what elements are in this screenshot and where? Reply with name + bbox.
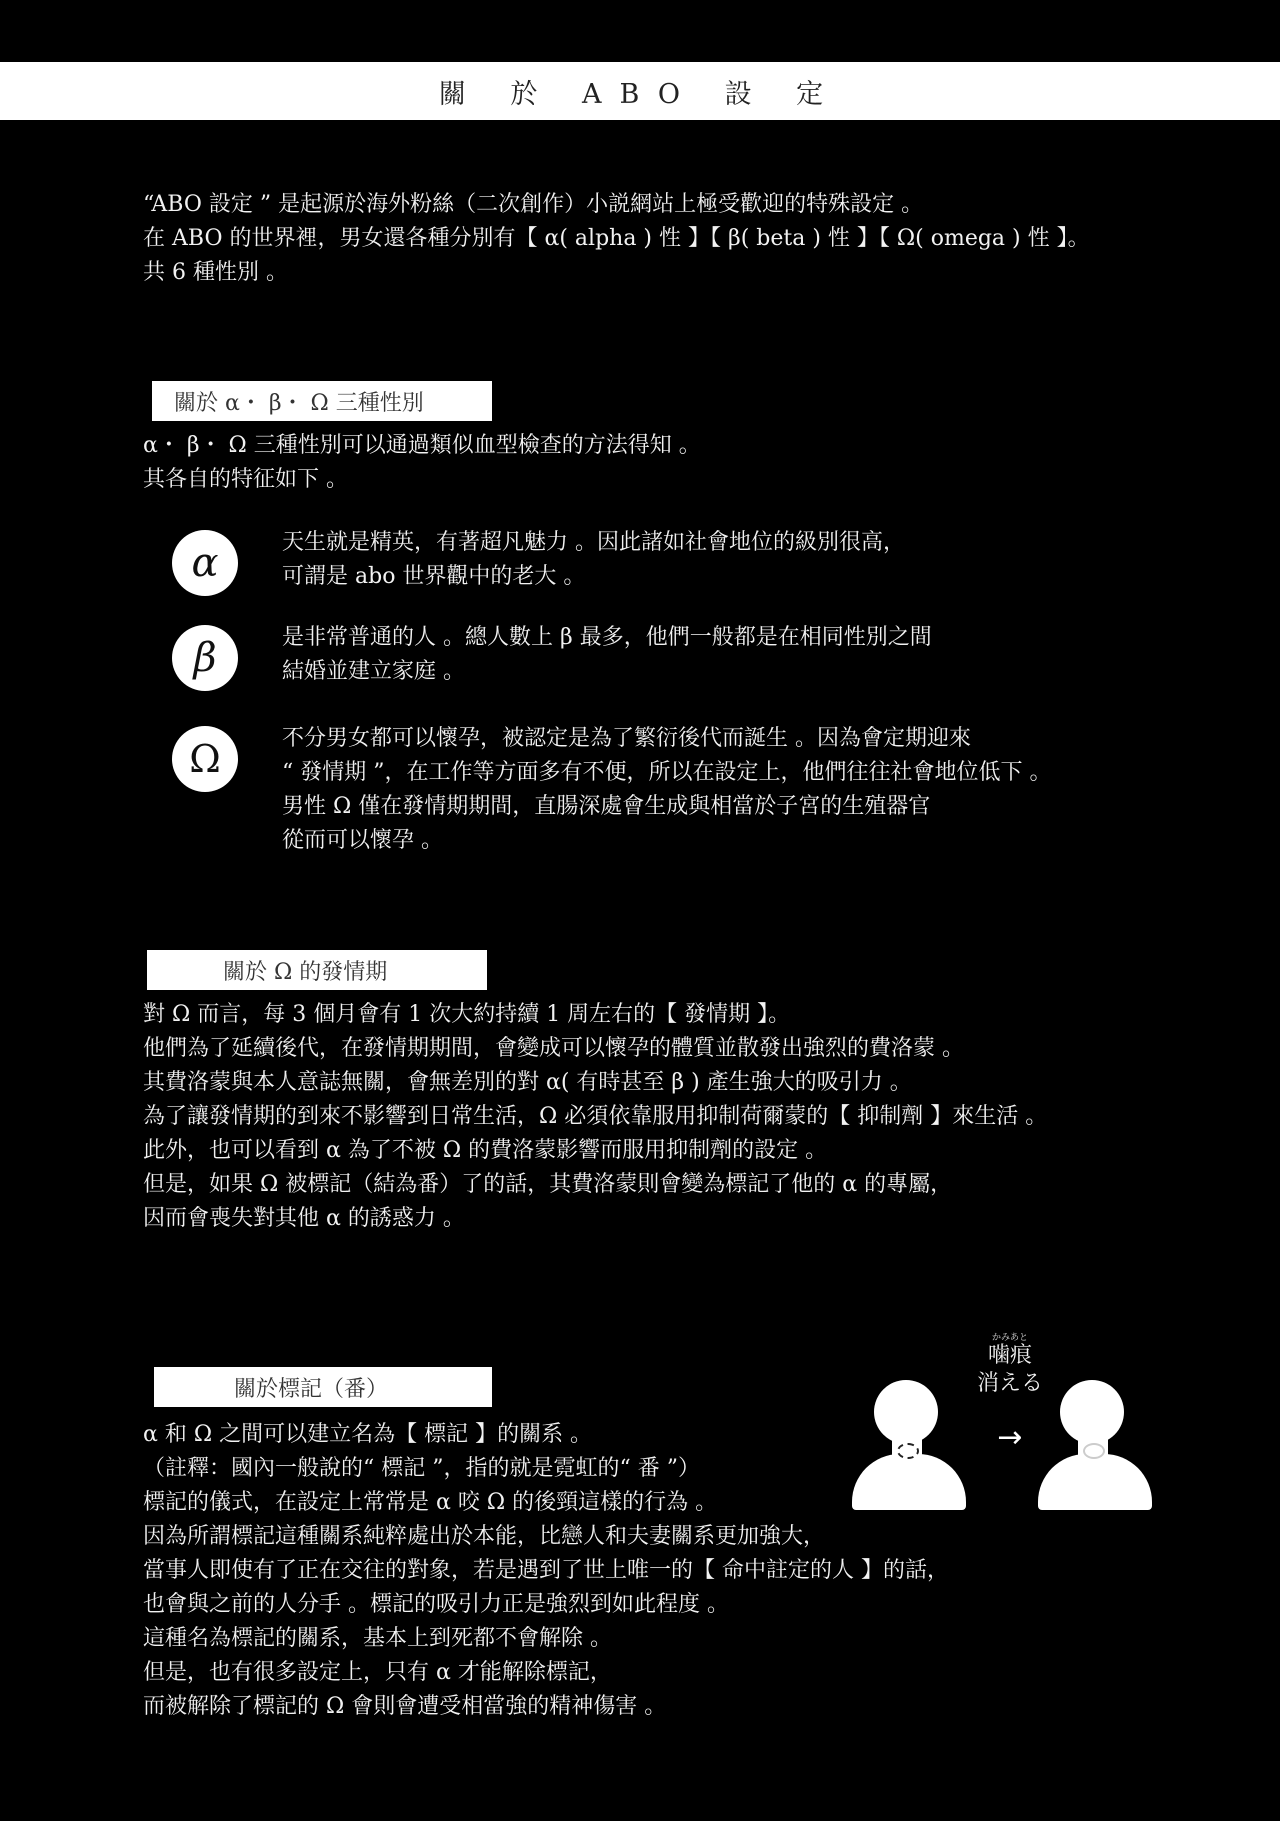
- paragraph-line: 因為所謂標記這種關系純粹處出於本能，比戀人和夫妻關系更加強大，: [143, 1520, 949, 1554]
- trait-description: 天生就是精英，有著超凡魅力 。因此諸如社會地位的級別很高， 可謂是 abo 世界…: [282, 526, 905, 594]
- trait-line: 天生就是精英，有著超凡魅力 。因此諸如社會地位的級別很高，: [282, 526, 905, 560]
- paragraph-line: 而被解除了標記的 Ω 會則會遭受相當強的精神傷害 。: [143, 1690, 949, 1724]
- trait-line: “ 發情期 ”，在工作等方面多有不便，所以在設定上，他們往往社會地位低下 。: [282, 756, 1051, 790]
- beta-icon: β: [172, 625, 238, 691]
- section-label-heat-period: 關於 Ω 的發情期: [147, 950, 487, 990]
- paragraph-line: 他們為了延續後代，在發情期期間，會變成可以懷孕的體質並散發出強烈的費洛蒙 。: [143, 1032, 1047, 1066]
- title-banner: 關 於 ABO 設 定: [0, 62, 1280, 120]
- page-title: 關 於 ABO 設 定: [439, 72, 841, 111]
- heat-period-paragraph: 對 Ω 而言，每 3 個月會有 1 次大約持續 1 周左右的【 發情期 】。 他…: [143, 998, 1047, 1236]
- paragraph-line: 其各自的特征如下 。: [143, 463, 701, 497]
- bite-mark-illustration: かみあと 噛痕 消える →: [850, 1330, 1170, 1500]
- paragraph-line: 對 Ω 而言，每 3 個月會有 1 次大約持續 1 周左右的【 發情期 】。: [143, 998, 1047, 1032]
- paragraph-line: 但是，也有很多設定上，只有 α 才能解除標記，: [143, 1656, 949, 1690]
- person-mark-faded-icon: [1036, 1350, 1154, 1500]
- trait-description: 不分男女都可以懷孕，被認定是為了繁衍後代而誕生 。因為會定期迎來 “ 發情期 ”…: [282, 722, 1051, 858]
- arrow-right-icon: →: [980, 1420, 1040, 1455]
- trait-line: 男性 Ω 僅在發情期期間，直腸深處會生成與相當於子宮的生殖器官: [282, 790, 1051, 824]
- paragraph-line: α 和 Ω 之間可以建立名為【 標記 】的關系 。: [143, 1418, 949, 1452]
- section-label-marking: 關於標記（番）: [154, 1367, 492, 1407]
- trait-line: 從而可以懷孕 。: [282, 824, 1051, 858]
- paragraph-line: （註釋：國內一般說的“ 標記 ”，指的就是霓虹的“ 番 ”）: [143, 1452, 949, 1486]
- intro-line: 在 ABO 的世界裡，男女還各種分別有【 α( alpha ) 性 】【 β( …: [143, 222, 1090, 256]
- three-genders-paragraph: α・ β・ Ω 三種性別可以通過類似血型檢查的方法得知 。 其各自的特征如下 。: [143, 429, 701, 497]
- paragraph-line: 當事人即使有了正在交往的對象，若是遇到了世上唯一的【 命中註定的人 】的話，: [143, 1554, 949, 1588]
- section-label-text: 關於標記（番）: [234, 1372, 388, 1403]
- omega-icon: Ω: [172, 726, 238, 792]
- section-label-three-genders: 關於 α・ β・ Ω 三種性別: [152, 381, 492, 421]
- section-label-text: 關於 α・ β・ Ω 三種性別: [174, 386, 424, 417]
- trait-line: 不分男女都可以懷孕，被認定是為了繁衍後代而誕生 。因為會定期迎來: [282, 722, 1051, 756]
- paragraph-line: 此外，也可以看到 α 為了不被 Ω 的費洛蒙影響而服用抑制劑的設定 。: [143, 1134, 1047, 1168]
- paragraph-line: 也會與之前的人分手 。標記的吸引力正是強烈到如此程度 。: [143, 1588, 949, 1622]
- alpha-icon: α: [172, 530, 238, 596]
- person-with-mark-icon: [850, 1350, 968, 1500]
- paragraph-line: α・ β・ Ω 三種性別可以通過類似血型檢查的方法得知 。: [143, 429, 701, 463]
- paragraph-line: 因而會喪失對其他 α 的誘惑力 。: [143, 1202, 1047, 1236]
- paragraph-line: 這種名為標記的關系，基本上到死都不會解除 。: [143, 1622, 949, 1656]
- trait-line: 是非常普通的人 。總人數上 β 最多，他們一般都是在相同性別之間: [282, 621, 932, 655]
- paragraph-line: 標記的儀式，在設定上常常是 α 咬 Ω 的後頸這樣的行為 。: [143, 1486, 949, 1520]
- intro-paragraph: “ABO 設定 ” 是起源於海外粉絲（二次創作）小説網站上極受歡迎的特殊設定 。…: [143, 188, 1090, 290]
- paragraph-line: 其費洛蒙與本人意誌無關，會無差別的對 α( 有時甚至 β ) 產生強大的吸引力 …: [143, 1066, 1047, 1100]
- intro-line: 共 6 種性別 。: [143, 256, 1090, 290]
- faded-mark-icon: [1083, 1443, 1105, 1459]
- trait-description: 是非常普通的人 。總人數上 β 最多，他們一般都是在相同性別之間 結婚並建立家庭…: [282, 621, 932, 689]
- trait-line: 結婚並建立家庭 。: [282, 655, 932, 689]
- paragraph-line: 為了讓發情期的到來不影響到日常生活，Ω 必須依靠服用抑制荷爾蒙的【 抑制劑 】來…: [143, 1100, 1047, 1134]
- marking-paragraph: α 和 Ω 之間可以建立名為【 標記 】的關系 。 （註釋：國內一般說的“ 標記…: [143, 1418, 949, 1724]
- paragraph-line: 但是，如果 Ω 被標記（結為番）了的話，其費洛蒙則會變為標記了他的 α 的專屬，: [143, 1168, 1047, 1202]
- intro-line: “ABO 設定 ” 是起源於海外粉絲（二次創作）小説網站上極受歡迎的特殊設定 。: [143, 188, 1090, 222]
- section-label-text: 關於 Ω 的發情期: [223, 955, 387, 986]
- bite-mark-icon: [897, 1443, 919, 1459]
- trait-line: 可謂是 abo 世界觀中的老大 。: [282, 560, 905, 594]
